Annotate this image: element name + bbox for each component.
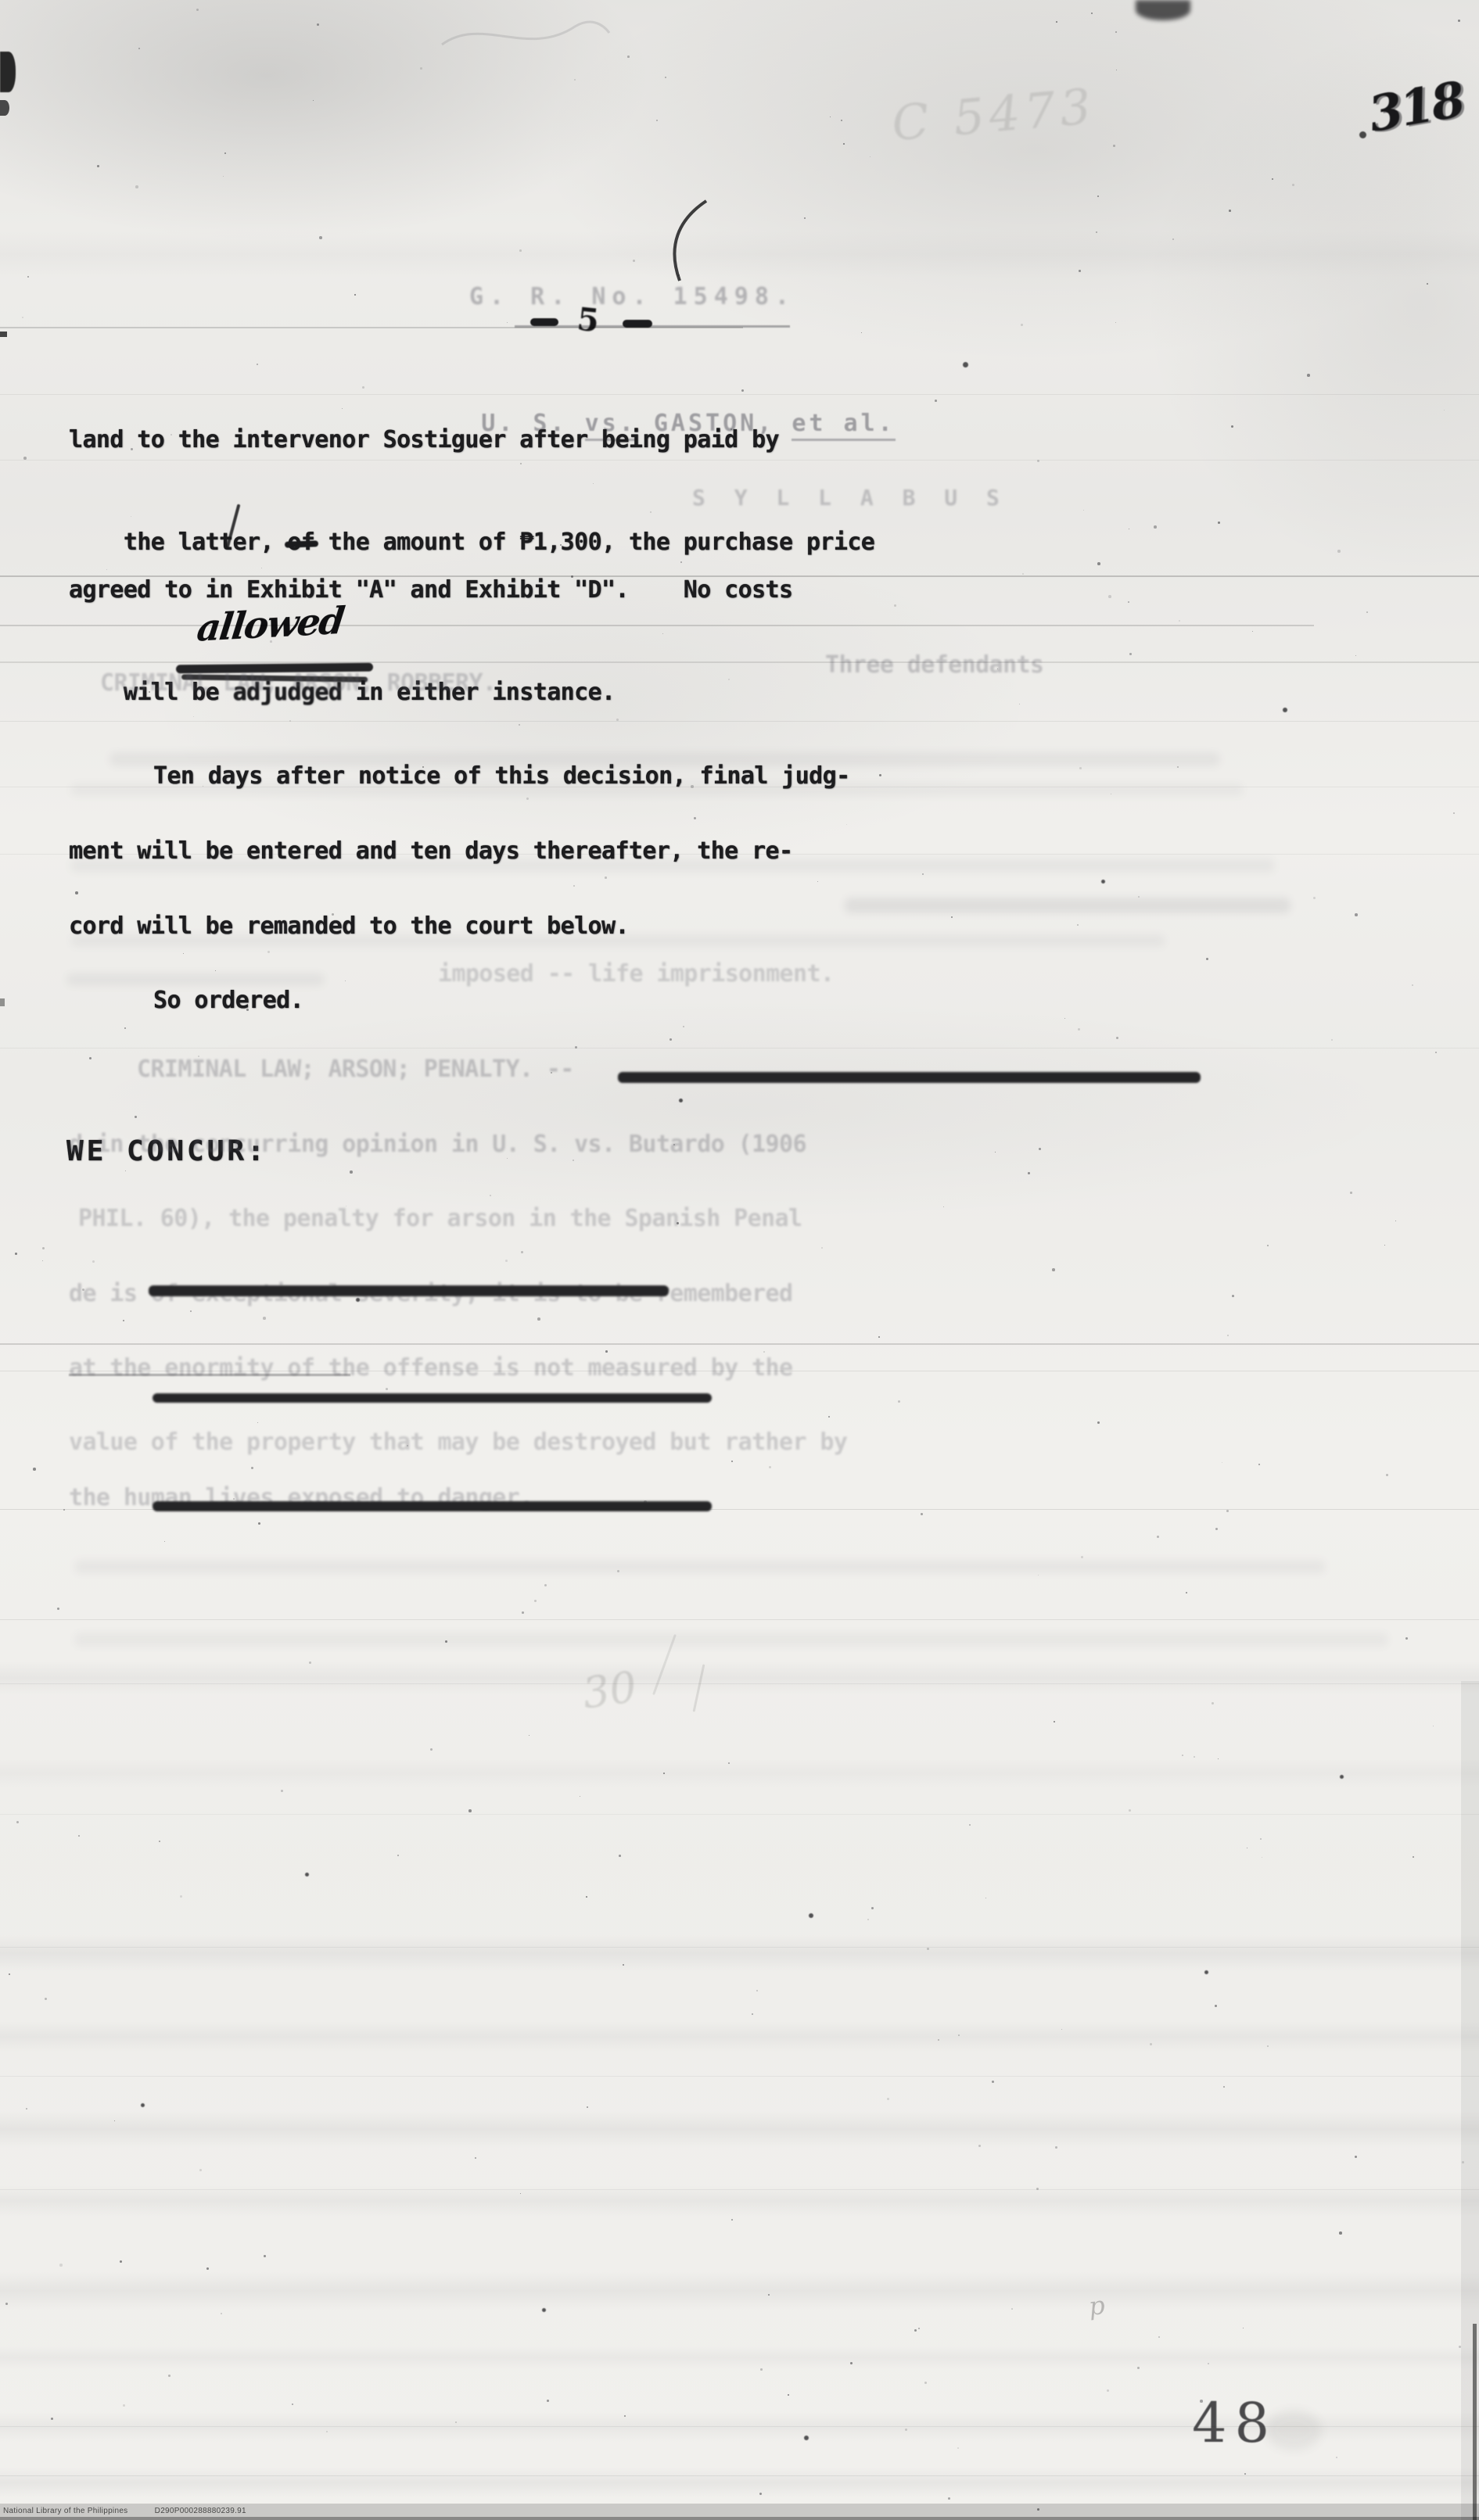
dust-speckle — [124, 1027, 126, 1029]
bleed-smudge — [66, 973, 325, 986]
dust-speckle — [879, 774, 881, 776]
bottom-edge-line — [0, 2517, 1479, 2520]
dust-speckle — [257, 364, 258, 365]
dust-speckle — [135, 1116, 137, 1118]
dust-speckle — [680, 561, 682, 563]
dust-speckle — [914, 2329, 917, 2332]
bleed-strike-bar — [153, 1501, 712, 1511]
dust-speckle — [332, 913, 334, 916]
dust-speckle — [534, 1600, 537, 1602]
dust-speckle — [1226, 1510, 1229, 1512]
dust-speckle — [633, 260, 635, 262]
dust-speckle — [350, 1170, 353, 1174]
dust-speckle — [123, 2404, 125, 2407]
dust-speckle — [1272, 178, 1273, 180]
dust-speckle — [289, 720, 291, 722]
dust-speckle — [1052, 1268, 1055, 1271]
dust-speckle — [943, 1206, 944, 1207]
dust-speckle — [123, 1320, 124, 1321]
dust-speckle — [605, 1350, 608, 1353]
dust-speckle — [75, 891, 78, 894]
ink-dash — [530, 318, 558, 326]
dust-speckle — [1355, 2156, 1357, 2158]
dust-speckle — [505, 1260, 508, 1262]
dust-speckle — [1267, 2045, 1269, 2047]
dust-speckle — [1036, 2188, 1039, 2190]
dust-speckle — [731, 2219, 733, 2221]
dust-speckle — [586, 1896, 587, 1898]
dust-speckle — [267, 951, 270, 953]
dust-speckle — [1267, 1245, 1269, 1246]
dust-speckle — [828, 1416, 830, 1418]
scan-streak-line — [0, 1048, 1479, 1049]
body-line-3: agreed to in Exhibit "A" and Exhibit "D"… — [69, 576, 792, 604]
dust-speckle — [198, 1056, 199, 1057]
dust-speckle — [619, 1855, 621, 1857]
dust-speckle — [656, 120, 658, 121]
scan-streak-line — [0, 1814, 1479, 1815]
dust-speckle — [547, 2400, 549, 2402]
scan-band — [0, 2412, 1479, 2442]
ink-speck — [804, 2436, 809, 2440]
dust-speckle — [1413, 1856, 1414, 1858]
dust-speckle — [1108, 595, 1111, 598]
scan-streak-line — [0, 2076, 1479, 2077]
dust-speckle — [587, 2106, 588, 2108]
dust-speckle — [1038, 1575, 1039, 1575]
ink-speck — [963, 362, 968, 367]
dust-speckle — [958, 2034, 960, 2036]
dust-speckle — [1307, 374, 1310, 377]
dust-speckle — [1186, 1592, 1187, 1593]
dust-speckle — [92, 1260, 95, 1263]
dust-speckle — [1194, 1756, 1195, 1758]
dust-speckle — [313, 100, 314, 101]
body-line-2: the latter, of the amount of ₱1,300, the… — [69, 501, 874, 583]
dust-speckle — [867, 1919, 869, 1920]
dust-speckle — [57, 1608, 59, 1610]
scan-band — [0, 2271, 1479, 2310]
dust-speckle — [683, 1026, 684, 1027]
bleed-line: CRIMINAL LAW; ARSON; ROBBERY. — [100, 669, 496, 697]
dust-speckle — [89, 1057, 92, 1059]
dust-speckle — [138, 48, 140, 49]
ink-speck — [679, 1099, 683, 1102]
dust-speckle — [580, 1796, 580, 1797]
dust-speckle — [1355, 913, 1358, 916]
bleed-strike-bar — [618, 1072, 1201, 1083]
dust-speckle — [663, 1773, 665, 1774]
dust-speckle — [9, 1973, 10, 1975]
bleed-smudge — [74, 1633, 1388, 1647]
dust-speckle — [731, 428, 732, 430]
dust-speckle — [985, 1898, 986, 1898]
dust-speckle — [264, 2255, 266, 2257]
dust-speckle — [1366, 611, 1368, 613]
dust-speckle — [1079, 270, 1081, 272]
dust-speckle — [1078, 1028, 1080, 1031]
dust-speckle — [507, 322, 508, 323]
struck-word-of: of — [287, 529, 314, 556]
dust-speckle — [171, 434, 172, 436]
dust-speckle — [894, 604, 896, 607]
dust-speckle — [1459, 2346, 1461, 2348]
dust-speckle — [1115, 322, 1116, 323]
dust-speckle — [529, 1735, 529, 1736]
dust-speckle — [694, 817, 696, 819]
footer-code: D290P000288880239.91 — [155, 2507, 246, 2515]
dust-speckle — [468, 1809, 472, 1812]
dust-speckle — [878, 1336, 880, 1338]
dust-speckle — [1229, 210, 1231, 212]
dust-speckle — [135, 185, 138, 188]
dust-speckle — [342, 408, 343, 409]
dust-speckle — [728, 679, 730, 680]
dust-speckle — [752, 2013, 753, 2015]
dust-speckle — [420, 67, 422, 70]
dust-speckle — [1083, 510, 1084, 511]
bleed-strike-bar — [153, 1393, 712, 1403]
body-line-8: So ordered. — [153, 987, 303, 1014]
dust-speckle — [490, 1195, 491, 1196]
dust-speckle — [1405, 1637, 1408, 1640]
case-number: G. R. No. 15498. — [469, 283, 795, 310]
bleed-smudge — [845, 898, 1291, 913]
dust-speckle — [678, 274, 680, 276]
dust-speckle — [78, 1835, 80, 1837]
dust-speckle — [131, 448, 133, 450]
dust-speckle — [475, 2157, 476, 2159]
dust-speckle — [1350, 1192, 1352, 1194]
dust-speckle — [1011, 2308, 1013, 2310]
dust-speckle — [507, 1158, 508, 1159]
dust-speckle — [354, 294, 356, 296]
dust-speckle — [526, 798, 529, 800]
dust-speckle — [1157, 1536, 1159, 1538]
dust-speckle — [627, 56, 630, 58]
dust-speckle — [1116, 1037, 1118, 1039]
dust-speckle — [537, 1317, 540, 1321]
body-line-2-post: the amount of ₱1,300, the purchase price — [314, 529, 874, 556]
dust-speckle — [957, 2447, 959, 2449]
dust-speckle — [519, 249, 522, 252]
dust-speckle — [870, 156, 871, 157]
dust-speckle — [45, 1998, 47, 2000]
dust-speckle — [995, 1152, 996, 1152]
dust-speckle — [784, 851, 786, 854]
dust-speckle — [1337, 550, 1341, 553]
dust-speckle — [830, 117, 831, 117]
dust-speckle — [42, 1260, 43, 1261]
dust-speckle — [1037, 2508, 1039, 2511]
dust-speckle — [871, 1907, 874, 1909]
dust-speckle — [969, 1824, 971, 1826]
ink-tick — [1359, 131, 1366, 138]
dust-speckle — [1433, 1726, 1434, 1726]
dust-speckle — [673, 1144, 675, 1145]
scan-band — [0, 2185, 1479, 2217]
dust-speckle — [1412, 984, 1413, 986]
dust-speckle — [23, 457, 27, 460]
scan-band — [0, 2111, 1479, 2147]
dust-speckle — [1039, 1148, 1041, 1150]
dust-speckle — [935, 400, 937, 402]
bleed-smudge — [70, 783, 1244, 796]
dust-speckle — [571, 575, 573, 578]
dust-speckle — [1206, 958, 1208, 960]
dust-speckle — [1179, 620, 1180, 622]
dust-speckle — [319, 236, 322, 239]
dust-speckle — [1331, 1039, 1333, 1041]
bleed-underline — [69, 1374, 350, 1376]
dust-speckle — [1154, 525, 1157, 529]
dust-speckle — [1081, 1556, 1083, 1558]
dust-speckle — [918, 2328, 920, 2329]
handwritten-page-number: 318 — [1365, 70, 1467, 143]
dust-speckle — [120, 2260, 122, 2263]
case-title-etal: et al. — [792, 410, 895, 441]
scan-streak-line — [0, 661, 1479, 663]
dust-speckle — [1077, 924, 1079, 926]
dust-speckle — [1128, 601, 1129, 603]
dust-speckle — [63, 1509, 65, 1511]
dust-speckle — [430, 1748, 433, 1751]
dust-speckle — [445, 1640, 447, 1643]
dust-speckle — [1435, 1052, 1437, 1053]
ink-speck — [1204, 1970, 1208, 1974]
dust-speckle — [898, 1400, 900, 1403]
dust-speckle — [317, 23, 319, 26]
dust-speckle — [199, 2169, 202, 2171]
dust-speckle — [270, 640, 272, 643]
edge-mark — [0, 998, 5, 1006]
dust-speckle — [760, 2368, 763, 2371]
dust-speckle — [522, 1611, 524, 1614]
dust-speckle — [788, 2394, 789, 2396]
ink-speck — [356, 1298, 360, 1302]
dust-speckle — [665, 77, 666, 78]
scan-streak-line — [0, 625, 1314, 626]
dust-speckle — [1054, 1721, 1055, 1722]
dust-speckle — [153, 1142, 155, 1144]
dust-speckle — [309, 1661, 311, 1664]
scan-streak-line — [0, 1509, 1479, 1510]
dust-speckle — [164, 1541, 165, 1542]
scan-streak-line — [0, 787, 1479, 787]
dust-speckle — [573, 1160, 574, 1161]
dust-speckle — [190, 1310, 192, 1312]
dust-speckle — [22, 317, 23, 318]
bleed-smudge — [70, 934, 1165, 947]
dust-speckle — [183, 953, 184, 954]
dust-speckle — [905, 2429, 907, 2431]
dust-speckle — [224, 152, 226, 154]
dust-speckle — [1097, 1421, 1100, 1424]
dust-speckle — [817, 881, 818, 882]
bleed-syllabus: S Y L L A B U S — [692, 485, 1007, 511]
dust-speckle — [251, 1467, 253, 1469]
scan-streak-line — [0, 460, 1479, 461]
scan-streak-line — [0, 1343, 1479, 1345]
dust-speckle — [1258, 1464, 1260, 1465]
dust-speckle — [924, 2382, 927, 2384]
dust-speckle — [15, 1253, 17, 1255]
dust-speckle — [180, 1895, 182, 1898]
dust-speckle — [182, 922, 184, 923]
dust-speckle — [841, 120, 842, 121]
bleed-smudge — [109, 752, 1220, 766]
dust-speckle — [206, 2267, 209, 2270]
bleed-line: Three defendants — [825, 651, 1043, 679]
dust-speckle — [1079, 767, 1082, 769]
scan-band — [0, 1935, 1479, 1971]
bleed-line: imposed -- life imprisonment. — [438, 960, 834, 988]
dust-speckle — [731, 1461, 733, 1462]
dust-speckle — [1218, 522, 1220, 524]
dust-speckle — [1444, 410, 1445, 410]
dust-speckle — [662, 633, 663, 634]
ink-speck — [809, 1913, 813, 1918]
edge-mark — [0, 100, 9, 116]
bleed-line: PHIL. 60), the penalty for arson in the … — [78, 1205, 802, 1232]
scan-streak-line — [0, 327, 743, 328]
dust-speckle — [168, 2375, 171, 2377]
scan-band — [0, 2467, 1479, 2498]
dust-speckle — [1244, 2473, 1246, 2475]
ink-speck — [305, 1873, 309, 1877]
dust-speckle — [1091, 13, 1093, 14]
dust-speckle — [258, 1522, 260, 1525]
dust-speckle — [644, 1500, 647, 1504]
dust-speckle — [1262, 1857, 1262, 1858]
dust-speckle — [26, 2108, 27, 2110]
dust-speckle — [669, 1038, 672, 1041]
dust-speckle — [759, 2493, 762, 2495]
ink-speck — [1340, 1775, 1344, 1779]
dust-speckle — [992, 2081, 994, 2083]
dust-speckle — [1129, 529, 1129, 529]
dust-speckle — [1182, 1755, 1183, 1756]
dust-speckle — [768, 2294, 770, 2296]
body-line-1: land to the intervenor Sostiguer after b… — [69, 426, 779, 453]
dust-speckle — [1215, 1528, 1218, 1530]
bleed-strike-bar — [149, 1285, 669, 1296]
dust-speckle — [257, 1422, 258, 1423]
dust-speckle — [691, 785, 694, 788]
dust-speckle — [42, 1247, 45, 1249]
dust-speckle — [1177, 766, 1179, 768]
bleed-line: value of the property that may be destro… — [69, 1428, 847, 1456]
scan-streak-line — [0, 1619, 1479, 1620]
dust-speckle — [33, 1468, 36, 1471]
dust-speckle — [1019, 704, 1020, 704]
bleed-smudge — [70, 859, 1275, 873]
dust-speckle — [5, 2303, 8, 2305]
scan-streak-line — [0, 854, 1479, 855]
dust-speckle — [1336, 2457, 1337, 2458]
dust-speckle — [16, 1821, 19, 1823]
dust-speckle — [196, 9, 199, 11]
dust-speckle — [1107, 2389, 1109, 2392]
dust-speckle — [1227, 1335, 1229, 1336]
dust-speckle — [1223, 2086, 1225, 2088]
dust-speckle — [821, 1247, 823, 1249]
dust-speckle — [1172, 238, 1174, 240]
dust-speckle — [1222, 1462, 1222, 1463]
dust-speckle — [1212, 1702, 1214, 1704]
dust-speckle — [1037, 460, 1039, 462]
dust-speckle — [948, 2497, 950, 2500]
bleed-line: d in the concurring opinion in U. S. vs.… — [69, 1131, 806, 1158]
dust-speckle — [1427, 283, 1428, 285]
edge-mark — [0, 332, 7, 337]
dust-speckle — [1056, 21, 1057, 23]
dust-speckle — [1384, 1245, 1385, 1246]
dust-speckle — [575, 1046, 577, 1049]
dust-speckle — [215, 970, 216, 971]
bleed-smudge — [74, 1560, 1326, 1574]
dust-speckle — [1022, 573, 1024, 575]
footer-stamp: National Library of the Philippines D290… — [3, 2507, 246, 2515]
footer-library: National Library of the Philippines — [3, 2507, 127, 2515]
dust-speckle — [804, 217, 806, 219]
dust-speckle — [263, 1317, 266, 1320]
dust-speckle — [1215, 2005, 1217, 2007]
dust-speckle — [1113, 145, 1115, 147]
bleed-line: at the enormity of the offense is not me… — [69, 1354, 792, 1382]
dust-speckle — [397, 1855, 399, 1856]
ink-speck — [141, 2103, 145, 2107]
scan-streak-line — [0, 1371, 1479, 1371]
ink-speck — [1283, 708, 1287, 712]
dust-speckle — [605, 876, 607, 879]
scan-band — [0, 1661, 1479, 1694]
scan-streak-line — [0, 394, 1479, 395]
body-line-2-pre: the latter, — [124, 529, 274, 556]
dust-speckle — [1247, 1848, 1247, 1848]
ink-numeral: 5 — [576, 301, 601, 340]
dust-speckle — [221, 2313, 222, 2314]
dust-speckle — [763, 1351, 765, 1353]
dust-speckle — [1116, 70, 1117, 70]
dust-speckle — [59, 2264, 63, 2267]
scan-streak-line — [0, 575, 1479, 577]
dust-speckle — [1115, 31, 1117, 33]
dust-speckle — [861, 332, 862, 333]
pencil-squiggle — [434, 9, 614, 64]
dust-speckle — [1453, 812, 1455, 814]
dust-speckle — [544, 1584, 547, 1586]
dust-speckle — [1231, 425, 1233, 428]
dust-speckle — [362, 386, 364, 389]
dust-speckle — [1395, 1221, 1396, 1221]
dust-speckle — [1138, 896, 1140, 898]
ink-speck — [1101, 880, 1105, 884]
dust-speckle — [1260, 1838, 1262, 1840]
dust-speckle — [125, 1170, 126, 1171]
dust-speckle — [1243, 2328, 1244, 2328]
dust-speckle — [1458, 20, 1460, 22]
dust-speckle — [728, 1762, 730, 1764]
dust-speckle — [1252, 631, 1253, 632]
dust-speckle — [1232, 1295, 1234, 1297]
scan-band — [0, 1759, 1479, 1787]
dust-speckle — [616, 719, 619, 721]
dust-speckle — [386, 1388, 388, 1390]
dust-speckle — [850, 2362, 853, 2364]
dust-speckle — [843, 143, 845, 145]
dust-speckle — [887, 2098, 889, 2100]
